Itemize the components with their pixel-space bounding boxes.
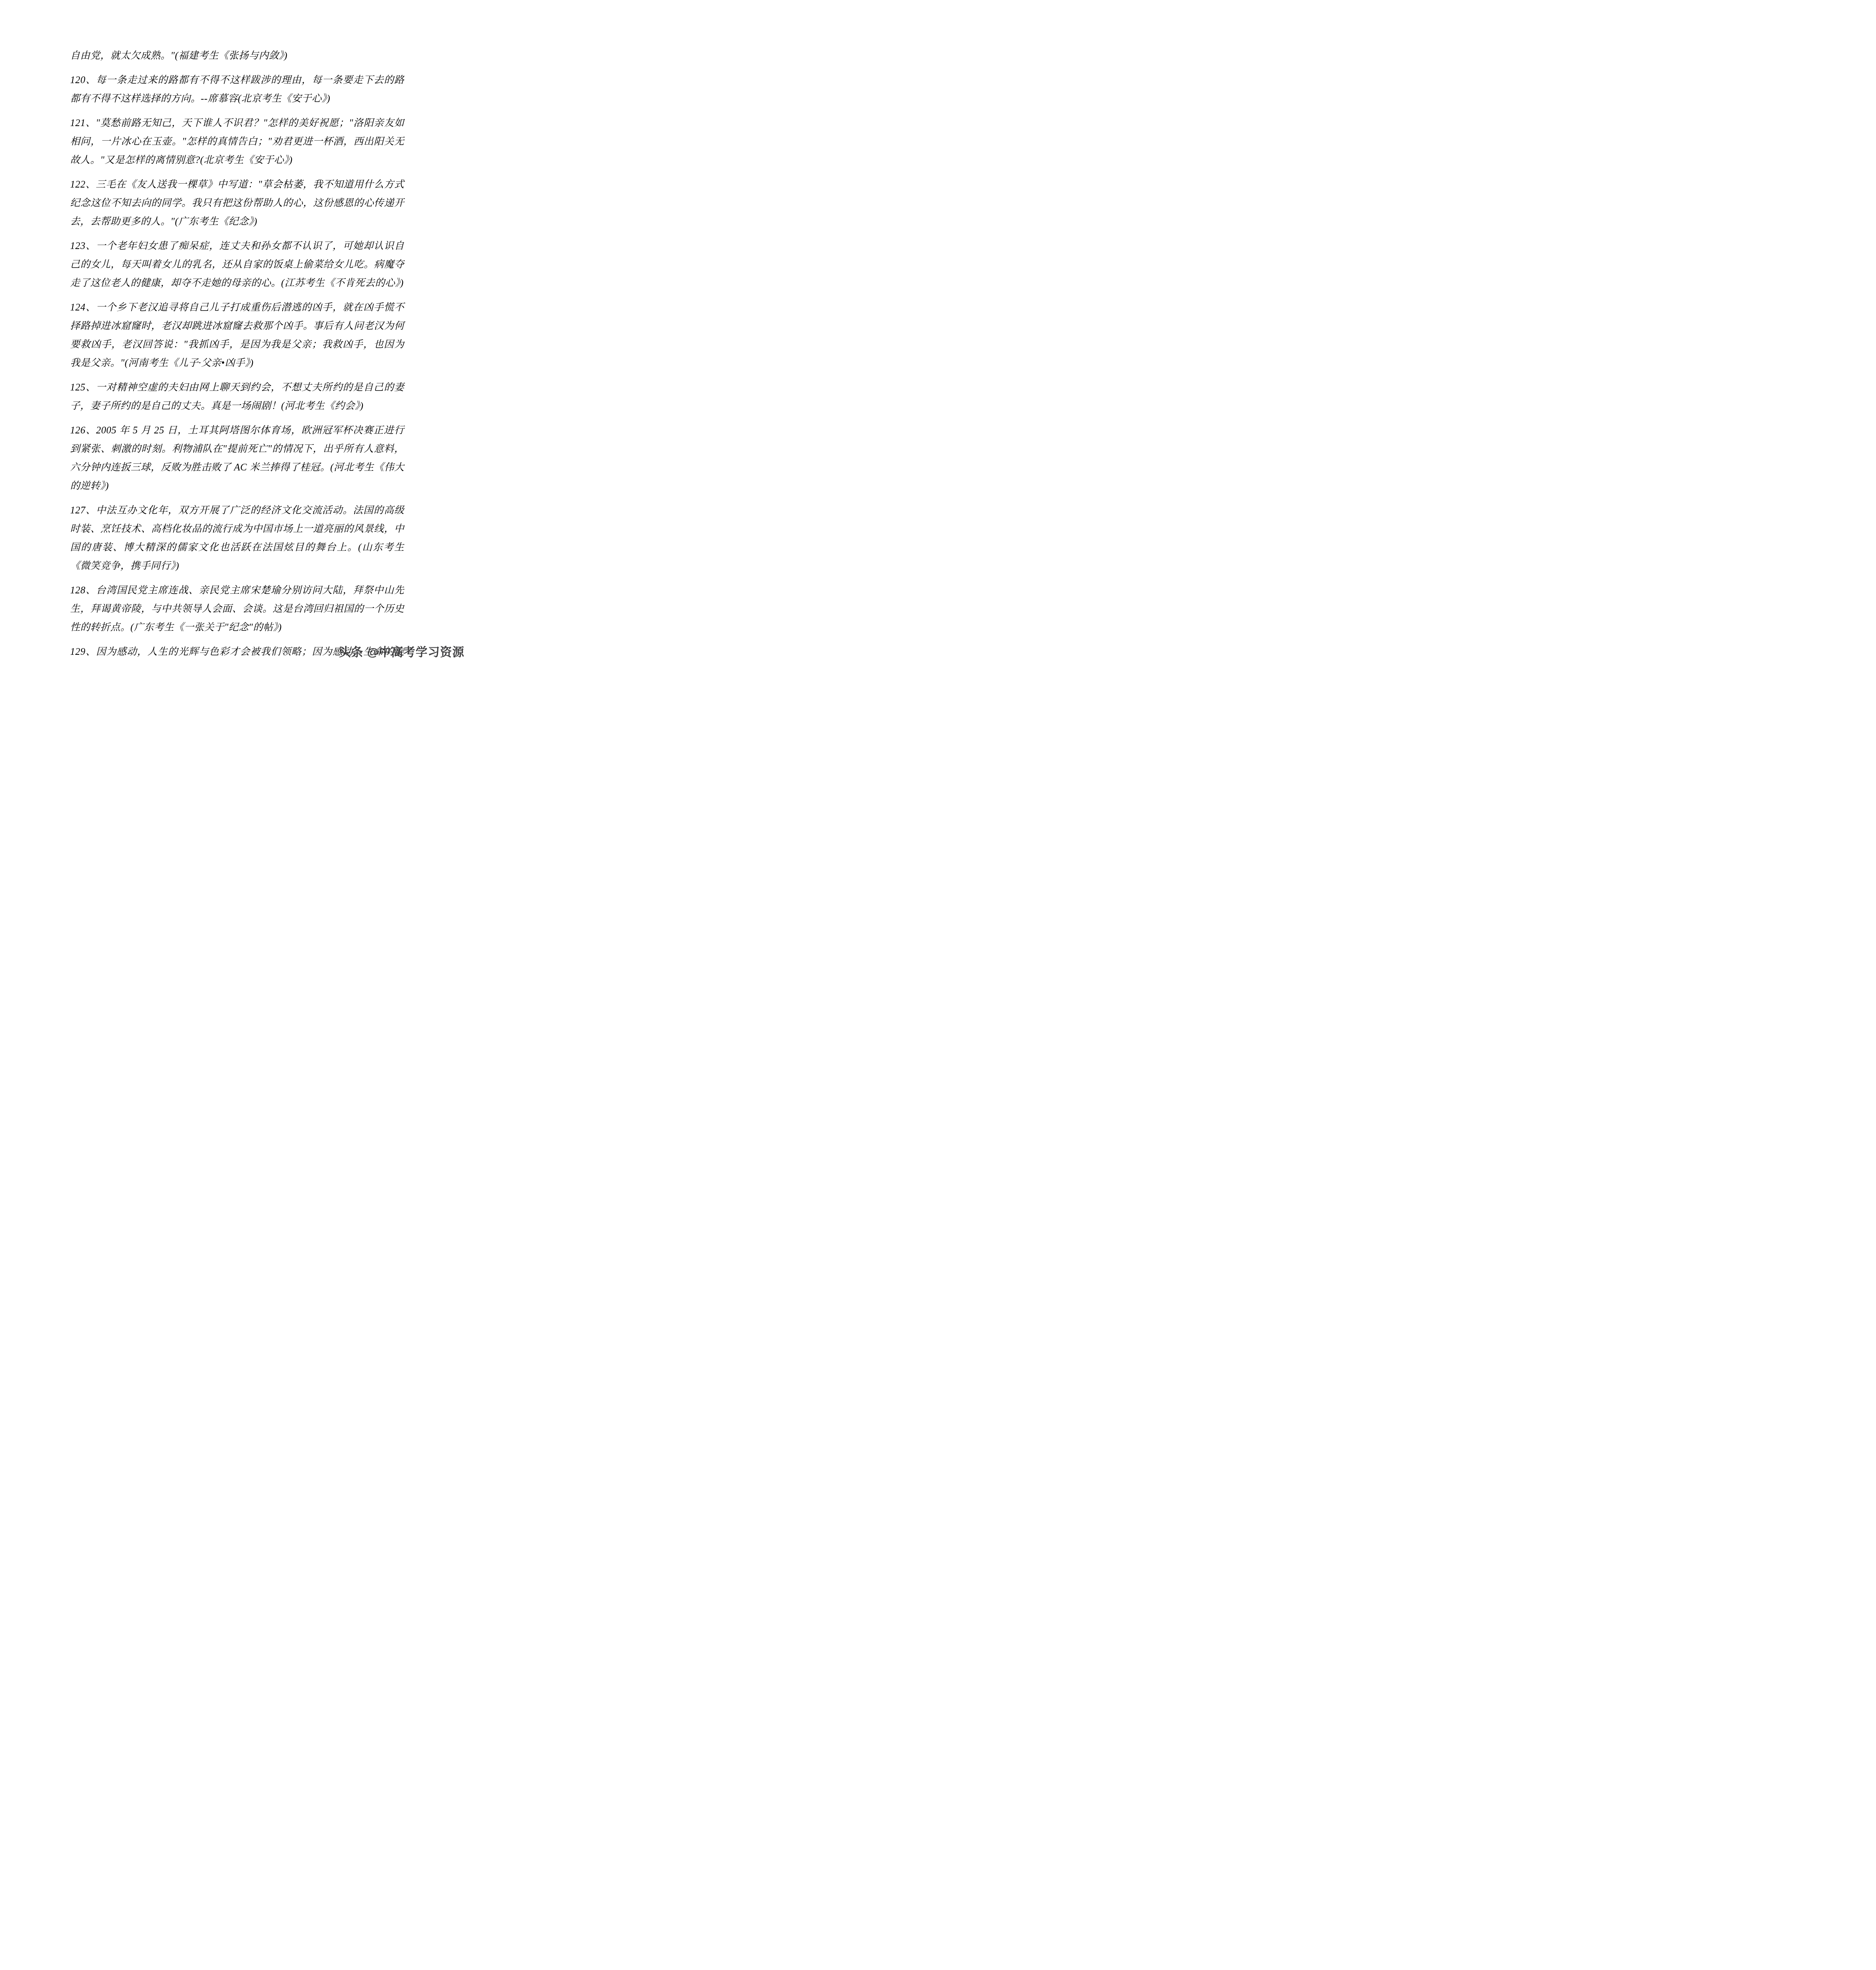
- paragraph-123: 123、一个老年妇女患了痴呆症，连丈夫和孙女都不认识了，可她却认识自己的女儿，每…: [70, 237, 404, 292]
- watermark: 头条 @中高考学习资源: [339, 642, 464, 660]
- paragraph-127: 127、中法互办文化年，双方开展了广泛的经济文化交流活动。法国的高级时装、烹饪技…: [70, 501, 404, 575]
- paragraph-124: 124、一个乡下老汉追寻将自己儿子打成重伤后潜逃的凶手，就在凶手慌不择路掉进冰窟…: [70, 298, 404, 372]
- paragraph-125: 125、一对精神空虚的夫妇由网上聊天到约会，不想丈夫所约的是自己的妻子，妻子所约…: [70, 378, 404, 415]
- watermark-text: 头条 @中高考学习资源: [339, 646, 464, 659]
- paragraph-122: 122、三毛在《友人送我一棵草》中写道："草会枯萎，我不知道用什么方式纪念这位不…: [70, 175, 404, 231]
- paragraph-120: 120、每一条走过来的路都有不得不这样跋涉的理由，每一条要走下去的路都有不得不这…: [70, 71, 404, 108]
- paragraph-126: 126、2005 年 5 月 25 日，土耳其阿塔图尔体育场，欧洲冠军杯决赛正进…: [70, 421, 404, 495]
- paragraph-121: 121、"莫愁前路无知己，天下谁人不识君？"怎样的美好祝愿；"洛阳亲友如相问，一…: [70, 114, 404, 169]
- text-block: 自由党，就太欠成熟。"(福建考生《张扬与内敛》) 120、每一条走过来的路都有不…: [70, 46, 404, 663]
- paragraph-continuation: 自由党，就太欠成熟。"(福建考生《张扬与内敛》): [70, 46, 404, 65]
- paragraph-128: 128、台湾国民党主席连战、亲民党主席宋楚瑜分别访问大陆，拜祭中山先生，拜谒黄帝…: [70, 581, 404, 637]
- document-page: 自由党，就太欠成熟。"(福建考生《张扬与内敛》) 120、每一条走过来的路都有不…: [0, 0, 469, 663]
